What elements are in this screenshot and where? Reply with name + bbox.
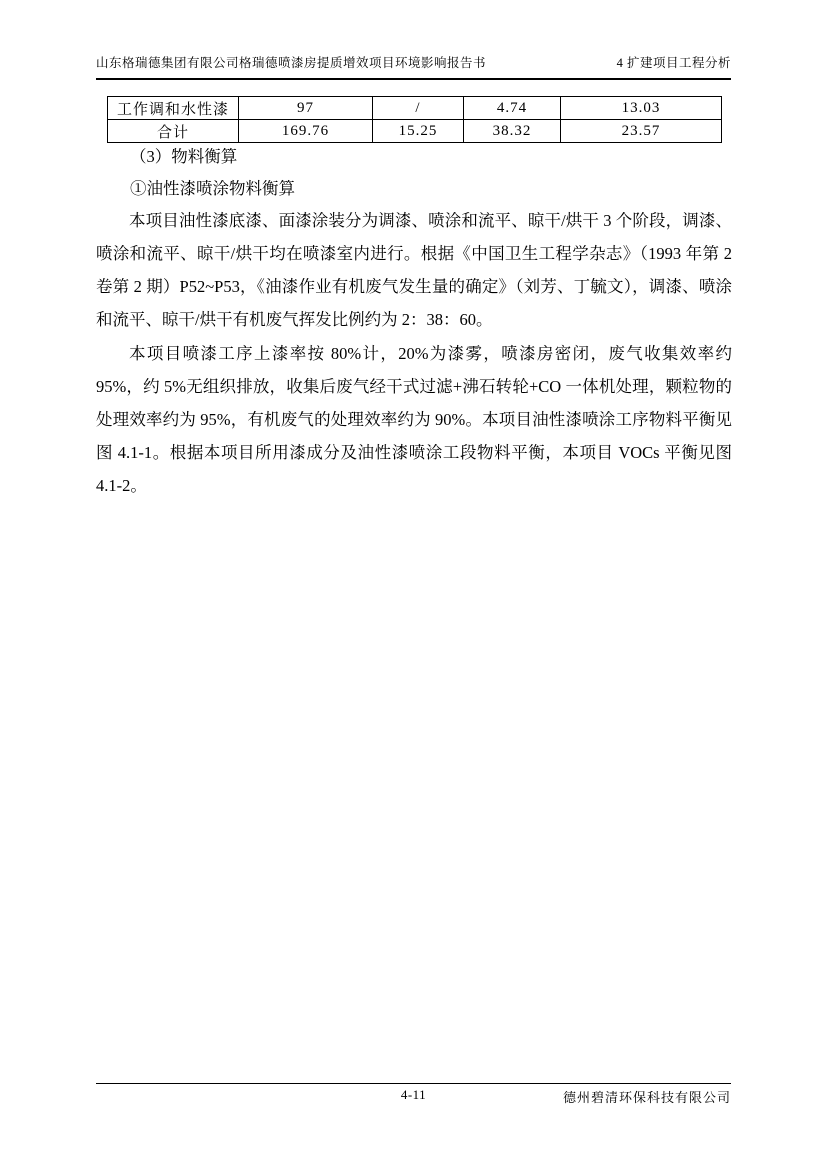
table-cell-value: 38.32 bbox=[464, 120, 561, 143]
section-heading-material-balance: （3）物料衡算 bbox=[96, 147, 766, 167]
footer-divider bbox=[96, 1083, 731, 1084]
paragraph-paint-stages: 本项目油性漆底漆、面漆涂装分为调漆、喷涂和流平、晾干/烘干 3 个阶段，调漆、喷… bbox=[96, 204, 732, 336]
paragraph-spray-process: 本项目喷漆工序上漆率按 80%计，20%为漆雾，喷漆房密闭，废气收集效率约 95… bbox=[96, 337, 732, 502]
table-cell-value: 4.74 bbox=[464, 97, 561, 120]
table-cell-value: 169.76 bbox=[239, 120, 373, 143]
table-cell-value: 15.25 bbox=[373, 120, 464, 143]
table-cell-label: 合计 bbox=[108, 120, 239, 143]
table-cell-value: 97 bbox=[239, 97, 373, 120]
subsection-heading-oil-paint-balance: ①油性漆喷涂物料衡算 bbox=[96, 179, 766, 199]
page-header: 山东格瑞德集团有限公司格瑞德喷漆房提质增效项目环境影响报告书 4 扩建项目工程分… bbox=[96, 53, 731, 80]
table-cell-value: 13.03 bbox=[561, 97, 722, 120]
footer-company-name: 德州碧清环保科技有限公司 bbox=[563, 1087, 731, 1106]
table-row-work-water-paint: 工作调和水性漆 97 / 4.74 13.03 bbox=[108, 97, 722, 120]
table-row-total: 合计 169.76 15.25 38.32 23.57 bbox=[108, 120, 722, 143]
table-cell-label: 工作调和水性漆 bbox=[108, 97, 239, 120]
header-chapter-title: 4 扩建项目工程分析 bbox=[617, 53, 731, 71]
page-footer: 4-11 德州碧清环保科技有限公司 bbox=[96, 1087, 731, 1105]
material-balance-table: 工作调和水性漆 97 / 4.74 13.03 合计 169.76 15.25 … bbox=[107, 96, 722, 143]
table-cell-value: 23.57 bbox=[561, 120, 722, 143]
document-page: 山东格瑞德集团有限公司格瑞德喷漆房提质增效项目环境影响报告书 4 扩建项目工程分… bbox=[0, 0, 827, 1169]
header-report-title: 山东格瑞德集团有限公司格瑞德喷漆房提质增效项目环境影响报告书 bbox=[96, 53, 486, 71]
table-cell-value: / bbox=[373, 97, 464, 120]
